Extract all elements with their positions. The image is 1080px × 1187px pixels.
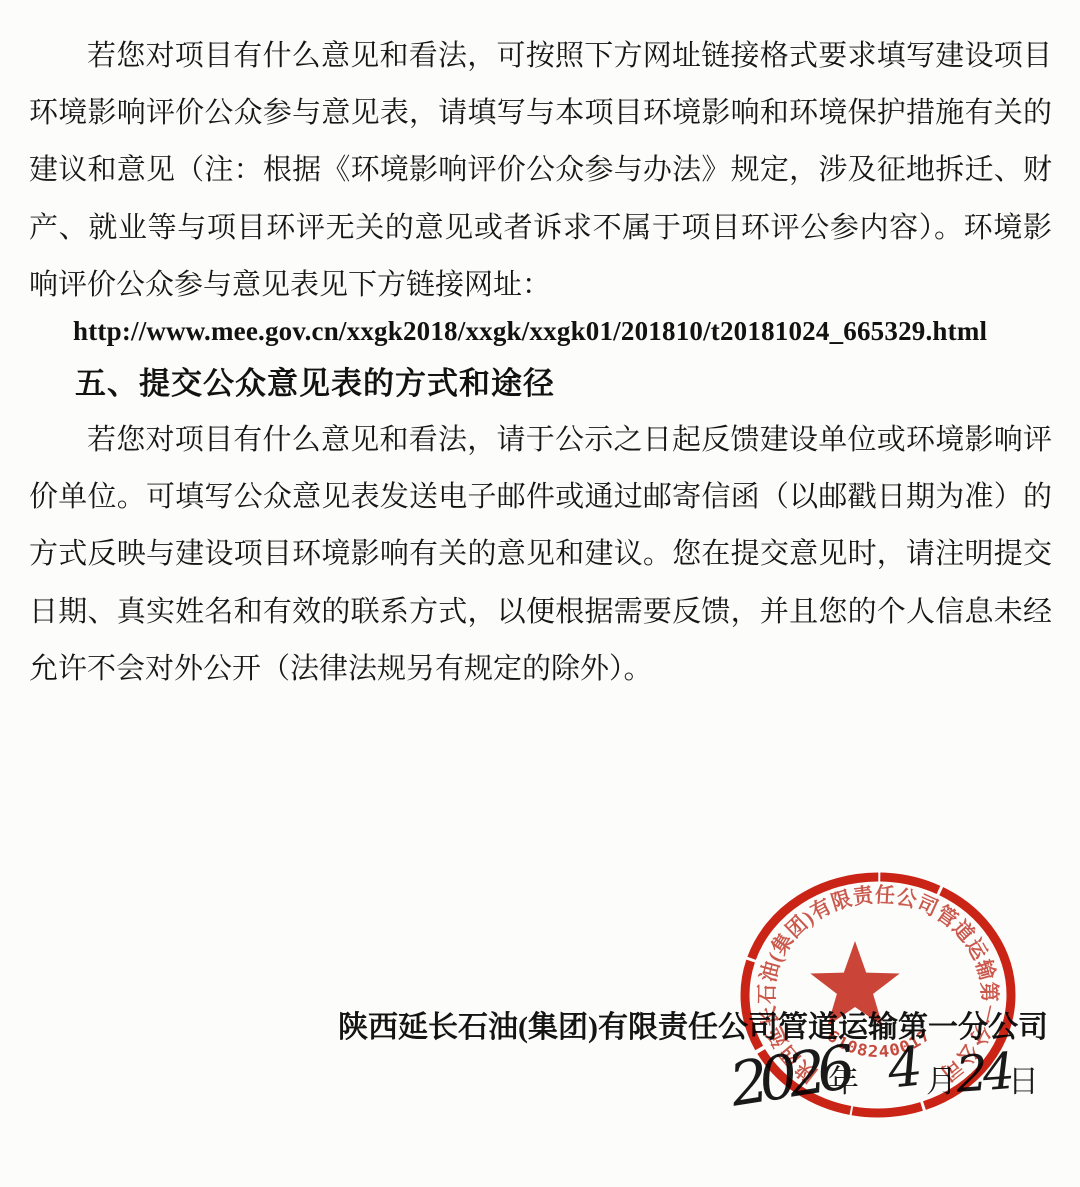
text-line: 日期、真实姓名和有效的联系方式，以便根据需要反馈，并且您的个人信息未经 [29, 584, 1052, 641]
month-label: 月 [926, 1056, 957, 1101]
text-line: 若您对项目有什么意见和看法，请于公示之日起反馈建设单位或环境影响评 [29, 412, 1052, 469]
text-line: 响评价公众参与意见表见下方链接网址： [29, 257, 1052, 314]
text-line: 方式反映与建设项目环境影响有关的意见和建议。您在提交意见时，请注明提交 [29, 526, 1052, 583]
text-line: 若您对项目有什么意见和看法，可按照下方网址链接格式要求填写建设项目 [29, 28, 1052, 85]
company-signature: 陕西延长石油(集团)有限责任公司管道运输第一分公司 [338, 1002, 1048, 1046]
section-heading-five: 五、提交公众意见表的方式和途径 [75, 358, 555, 403]
handwritten-month: 4 [885, 1034, 926, 1100]
text-line: 允许不会对外公开（法律法规另有规定的除外）。 [29, 641, 1052, 698]
feedback-form-url: http://www.mee.gov.cn/xxgk2018/xxgk/xxgk… [73, 316, 987, 347]
paragraph-feedback-instructions: 若您对项目有什么意见和看法，可按照下方网址链接格式要求填写建设项目 环境影响评价… [29, 28, 1052, 314]
paragraph-submission-methods: 若您对项目有什么意见和看法，请于公示之日起反馈建设单位或环境影响评 价单位。可填… [29, 412, 1052, 698]
text-line: 产、就业等与项目环评无关的意见或者诉求不属于项目环评公参内容）。环境影 [29, 200, 1052, 257]
text-line: 环境影响评价公众参与意见表，请填写与本项目环境影响和环境保护措施有关的 [29, 85, 1052, 142]
text-line: 价单位。可填写公众意见表发送电子邮件或通过邮寄信函（以邮戳日期为准）的 [29, 469, 1052, 526]
text-line: 建议和意见（注：根据《环境影响评价公众参与办法》规定，涉及征地拆迁、财 [29, 142, 1052, 199]
year-label: 年 [828, 1056, 859, 1101]
handwritten-day: 24 [954, 1042, 1012, 1104]
day-label: 日 [1008, 1056, 1039, 1101]
